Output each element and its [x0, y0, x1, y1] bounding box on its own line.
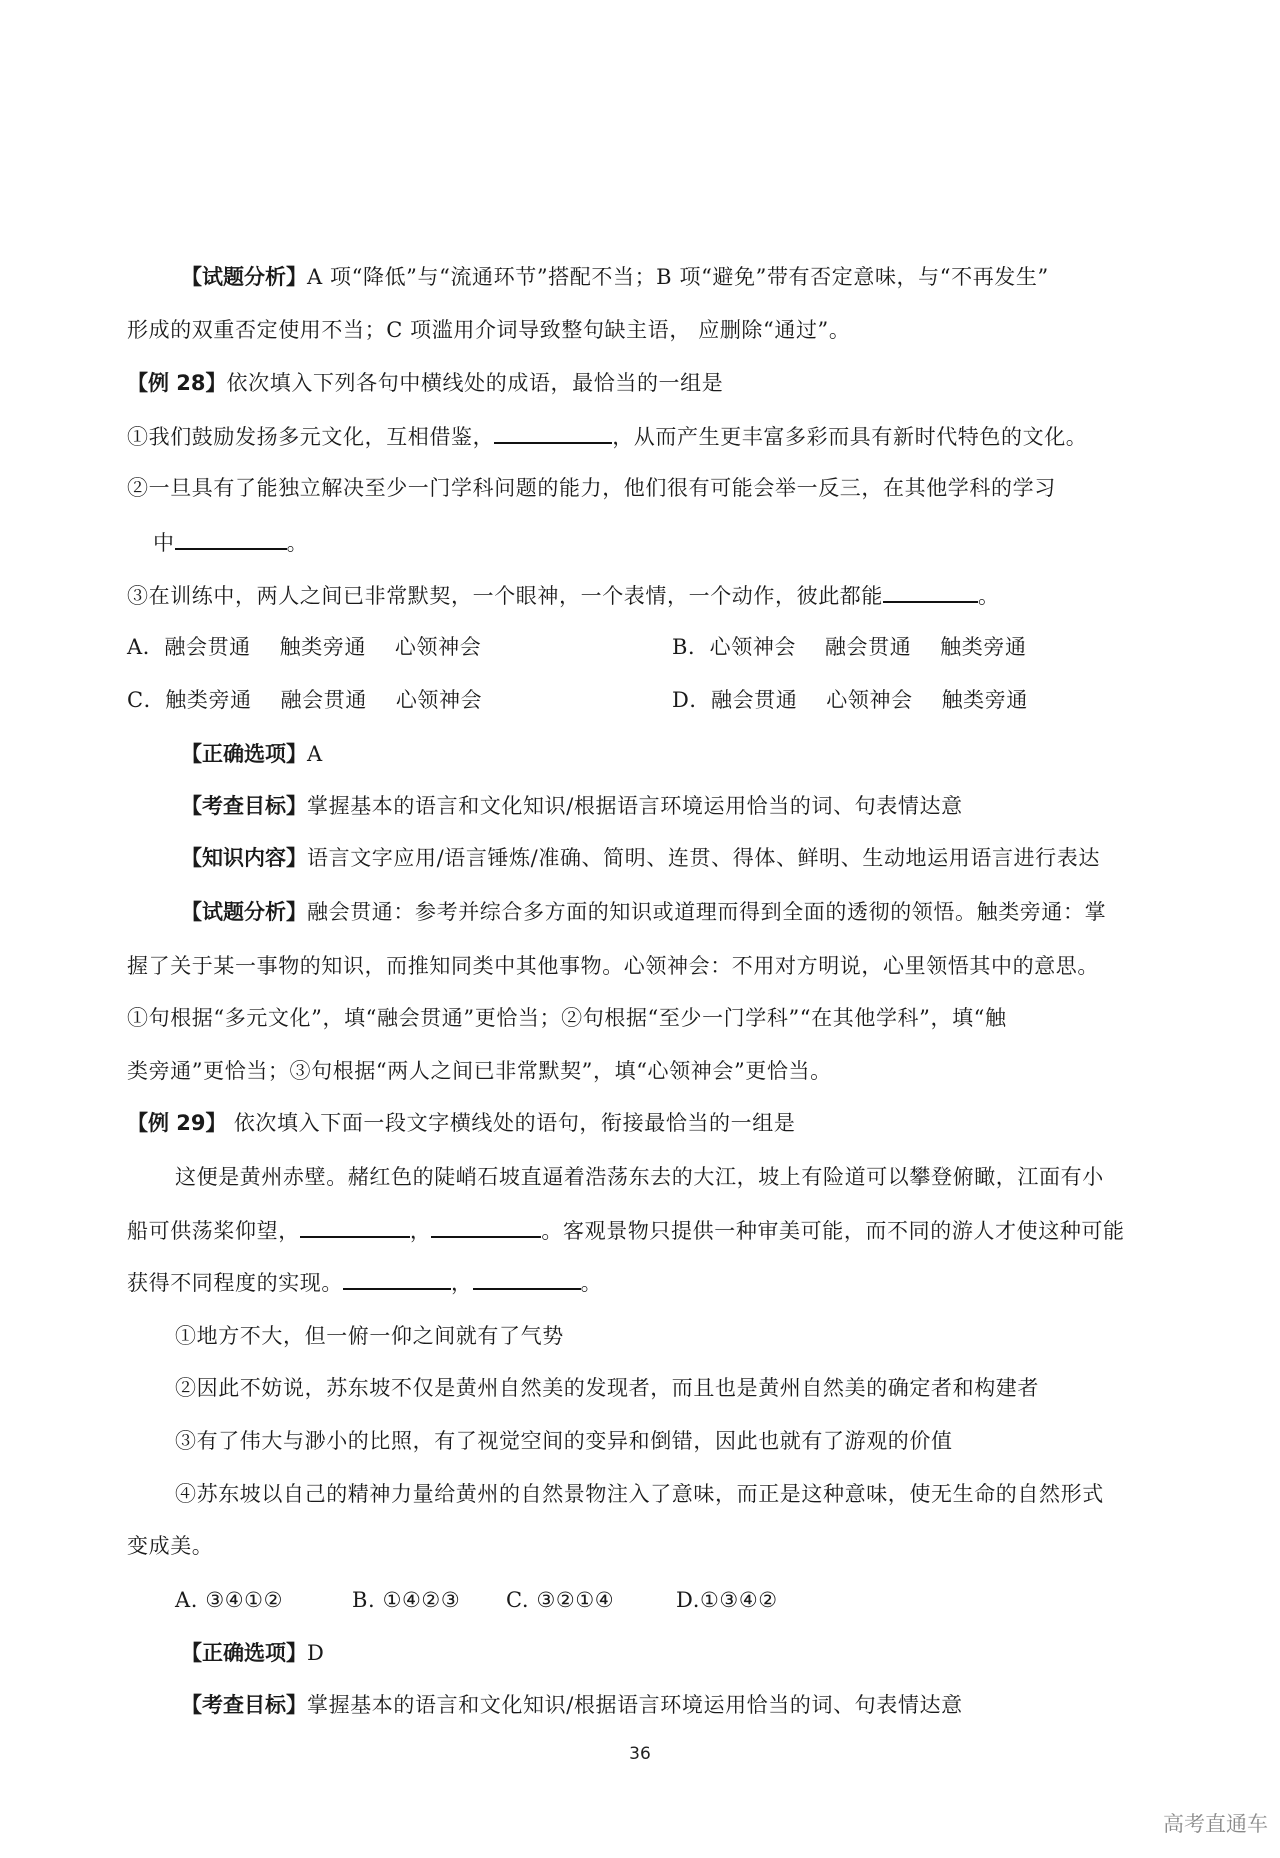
ex28-option-a: A．融会贯通 触类旁通 心领神会 [127, 633, 481, 661]
ex28-sentence-2-cont: 中。 [153, 528, 308, 557]
ex29-option-b: B. ①④②③ [352, 1586, 460, 1614]
ex29-item-2: ②因此不妨说，苏东坡不仅是黄州自然美的发现者，而且也是黄州自然美的确定者和构建者 [175, 1374, 1039, 1402]
prev-analysis-line-1: 【试题分析】A 项“降低”与“流通环节”搭配不当；B 项“避免”带有否定意味，与… [181, 263, 1049, 291]
ex29-option-a: A. ③④①② [175, 1586, 283, 1614]
ex28-knowledge: 【知识内容】语言文字应用/语言锤炼/准确、简明、连贯、得体、鲜明、生动地运用语言… [181, 844, 1100, 872]
page-number: 36 [0, 1744, 1280, 1764]
ex29-p2-end: 。客观景物只提供一种审美可能，而不同的游人才使这种可能 [541, 1219, 1124, 1243]
ex28-s1-text: ①我们鼓励发扬多元文化，互相借鉴， [127, 425, 494, 449]
ex29-passage-1: 这便是黄州赤壁。赭红色的陡峭石坡直逼着浩荡东去的大江，坡上有险道可以攀登俯瞰，江… [175, 1163, 1104, 1191]
ex29-answer: 【正确选项】D [181, 1639, 324, 1667]
prev-analysis-text: A 项“降低”与“流通环节”搭配不当；B 项“避免”带有否定意味，与“不再发生” [307, 265, 1049, 289]
ex29-passage-2: 船可供荡桨仰望，，。客观景物只提供一种审美可能，而不同的游人才使这种可能 [127, 1216, 1125, 1245]
fill-blank [300, 1216, 410, 1238]
fill-blank [473, 1268, 581, 1290]
ex28-s3-end: 。 [978, 584, 1000, 608]
ex28-analysis-1: 【试题分析】融会贯通：参考并综合多方面的知识或道理而得到全面的透彻的领悟。触类旁… [181, 898, 1106, 926]
fill-blank [883, 581, 978, 603]
ex28-analysis-4: 类旁通”更恰当；③句根据“两人之间已非常默契”，填“心领神会”更恰当。 [127, 1057, 832, 1085]
ex29-label: 【例 29】 [127, 1111, 227, 1135]
ex29-option-d: D.①③④② [676, 1586, 778, 1614]
ex28-option-c: C．触类旁通 融会贯通 心领神会 [127, 686, 482, 714]
analysis-text: 融会贯通：参考并综合多方面的知识或道理而得到全面的透彻的领悟。触类旁通：掌 [307, 900, 1106, 924]
prev-analysis-label: 【试题分析】 [181, 265, 307, 289]
target-label: 【考查目标】 [181, 794, 307, 818]
ex28-s2-text: 中 [153, 531, 175, 555]
ex28-sentence-1: ①我们鼓励发扬多元文化，互相借鉴，，从而产生更丰富多彩而具有新时代特色的文化。 [127, 422, 1087, 451]
target-label: 【考查目标】 [181, 1693, 307, 1717]
ex29-p3-end: 。 [581, 1271, 603, 1295]
answer-value: D [307, 1641, 324, 1665]
ex28-option-d: D．融会贯通 心领神会 触类旁通 [672, 686, 1028, 714]
ex29-item-4: ④苏东坡以自己的精神力量给黄州的自然景物注入了意味，而正是这种意味，使无生命的自… [175, 1480, 1104, 1508]
ex28-s2-end: 。 [287, 531, 309, 555]
ex28-analysis-3: ①句根据“多元文化”，填“融会贯通”更恰当；②句根据“至少一门学科”“在其他学科… [127, 1004, 1007, 1032]
ex29-passage-3: 获得不同程度的实现。，。 [127, 1268, 602, 1297]
ex28-option-b: B．心领神会 融会贯通 触类旁通 [672, 633, 1027, 661]
ex28-sentence-2: ②一旦具有了能独立解决至少一门学科问题的能力，他们很有可能会举一反三，在其他学科… [127, 474, 1056, 502]
target-text: 掌握基本的语言和文化知识/根据语言环境运用恰当的词、句表情达意 [307, 794, 963, 818]
fill-blank [494, 422, 612, 444]
ex28-answer: 【正确选项】A [181, 740, 323, 768]
target-text: 掌握基本的语言和文化知识/根据语言环境运用恰当的词、句表情达意 [307, 1693, 963, 1717]
analysis-label: 【试题分析】 [181, 900, 307, 924]
ex29-item-1: ①地方不大，但一俯一仰之间就有了气势 [175, 1322, 564, 1350]
ex29-question: 依次填入下面一段文字横线处的语句，衔接最恰当的一组是 [227, 1111, 796, 1135]
ex29-item-4-cont: 变成美。 [127, 1532, 213, 1560]
ex29-item-3: ③有了伟大与渺小的比照，有了视觉空间的变异和倒错，因此也就有了游观的价值 [175, 1427, 953, 1455]
ex28-heading: 【例 28】依次填入下列各句中横线处的成语，最恰当的一组是 [127, 369, 723, 397]
answer-value: A [307, 742, 323, 766]
ex29-target: 【考查目标】掌握基本的语言和文化知识/根据语言环境运用恰当的词、句表情达意 [181, 1691, 963, 1719]
ex29-p3-text: 获得不同程度的实现。 [127, 1271, 343, 1295]
fill-blank [343, 1268, 451, 1290]
ex28-s1-text-end: ，从而产生更丰富多彩而具有新时代特色的文化。 [612, 425, 1087, 449]
knowledge-text: 语言文字应用/语言锤炼/准确、简明、连贯、得体、鲜明、生动地运用语言进行表达 [307, 846, 1100, 870]
fill-blank [175, 528, 287, 550]
knowledge-label: 【知识内容】 [181, 846, 307, 870]
fill-blank [431, 1216, 541, 1238]
ex29-p3-sep: ， [451, 1271, 473, 1295]
answer-label: 【正确选项】 [181, 1641, 307, 1665]
ex28-s3-text: ③在训练中，两人之间已非常默契，一个眼神，一个表情，一个动作，彼此都能 [127, 584, 883, 608]
watermark: 高考直通车 [1163, 1808, 1268, 1838]
ex28-sentence-3: ③在训练中，两人之间已非常默契，一个眼神，一个表情，一个动作，彼此都能。 [127, 581, 1000, 610]
ex28-analysis-2: 握了关于某一事物的知识，而推知同类中其他事物。心领神会：不用对方明说，心里领悟其… [127, 952, 1099, 980]
prev-analysis-line-2: 形成的双重否定使用不当；C 项滥用介词导致整句缺主语， 应删除“通过”。 [127, 316, 851, 344]
ex29-option-c: C. ③②①④ [506, 1586, 614, 1614]
ex28-target: 【考查目标】掌握基本的语言和文化知识/根据语言环境运用恰当的词、句表情达意 [181, 792, 963, 820]
answer-label: 【正确选项】 [181, 742, 307, 766]
ex29-p2-text: 船可供荡桨仰望， [127, 1219, 300, 1243]
ex29-p2-sep: ， [410, 1219, 432, 1243]
ex29-heading: 【例 29】 依次填入下面一段文字横线处的语句，衔接最恰当的一组是 [127, 1109, 795, 1137]
ex28-question: 依次填入下列各句中横线处的成语，最恰当的一组是 [227, 371, 724, 395]
ex28-label: 【例 28】 [127, 371, 227, 395]
